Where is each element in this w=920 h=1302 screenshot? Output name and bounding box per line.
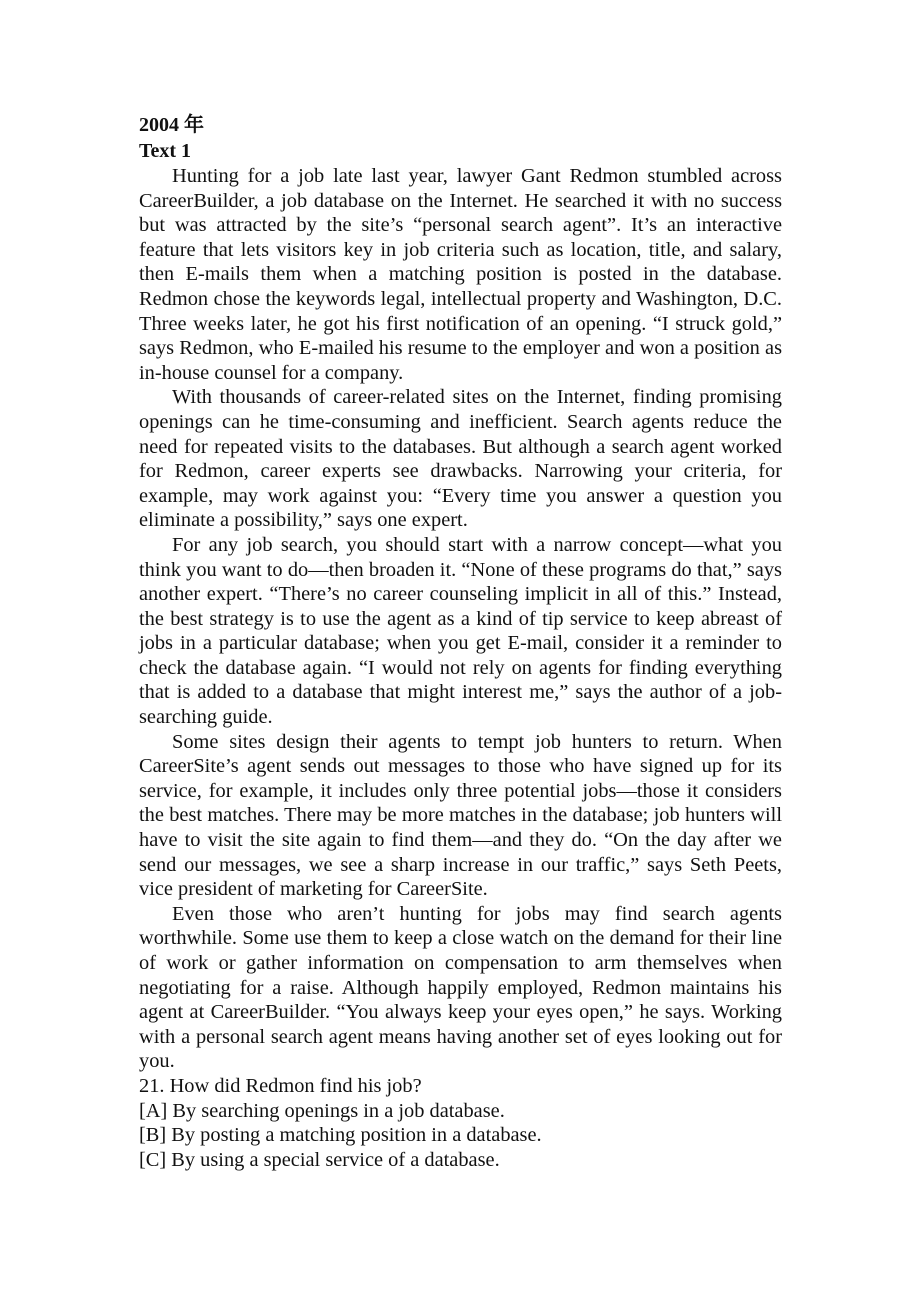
paragraph-1: Hunting for a job late last year, lawyer… — [139, 164, 782, 385]
paragraph-3: For any job search, you should start wit… — [139, 533, 782, 730]
question-stem: 21. How did Redmon find his job? — [139, 1074, 782, 1099]
paragraph-5: Even those who aren’t hunting for jobs m… — [139, 902, 782, 1074]
option-c: [C] By using a special service of a data… — [139, 1148, 782, 1173]
document-page: 2004 年 Text 1 Hunting for a job late las… — [139, 112, 782, 1172]
paragraph-4: Some sites design their agents to tempt … — [139, 730, 782, 902]
paragraph-2: With thousands of career-related sites o… — [139, 385, 782, 533]
text-title: Text 1 — [139, 138, 782, 164]
exam-year-heading: 2004 年 — [139, 112, 782, 138]
option-a: [A] By searching openings in a job datab… — [139, 1099, 782, 1124]
option-b: [B] By posting a matching position in a … — [139, 1123, 782, 1148]
